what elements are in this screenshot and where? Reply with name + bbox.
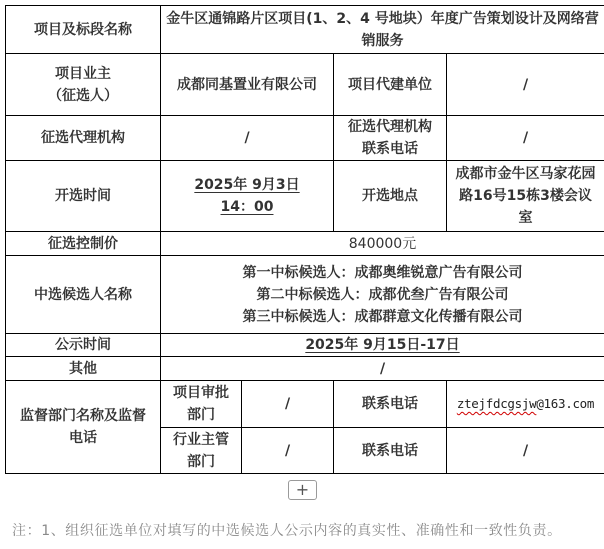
email-domain: @163.com: [536, 396, 594, 411]
row-owner: 项目业主 （征选人） 成都同基置业有限公司 项目代建单位 /: [6, 54, 604, 116]
candidates-label: 中选候选人名称: [6, 256, 161, 334]
supervision-label: 监督部门名称及监督电话: [6, 381, 161, 474]
project-name-label: 项目及标段名称: [6, 6, 161, 54]
industry-phone-label: 联系电话: [334, 428, 447, 474]
agency-phone-value: /: [447, 116, 604, 161]
publicity-date: 2025年 9月15日-17日: [305, 337, 459, 353]
approval-phone-value: ztejfdcgsjw@163.com: [447, 381, 604, 428]
agency-value: /: [161, 116, 334, 161]
row-candidates: 中选候选人名称 第一中标候选人：成都奥维锐意广告有限公司 第二中标候选人：成都优…: [6, 256, 604, 334]
other-value: /: [161, 357, 604, 381]
plus-icon: +: [296, 482, 309, 498]
row-publicity: 公示时间 2025年 9月15日-17日: [6, 334, 604, 357]
open-time-value: 2025年 9月3日 14：00: [161, 161, 334, 232]
approval-email[interactable]: ztejfdcgsjw@163.com: [457, 396, 594, 411]
owner-label: 项目业主 （征选人）: [6, 54, 161, 116]
agent-build-label: 项目代建单位: [334, 54, 447, 116]
control-price-label: 征选控制价: [6, 232, 161, 256]
approval-dept-label: 项目审批部门: [161, 381, 242, 428]
candidates-list: 第一中标候选人：成都奥维锐意广告有限公司 第二中标候选人：成都优叁广告有限公司 …: [161, 256, 604, 334]
agency-phone-label: 征选代理机构联系电话: [334, 116, 447, 161]
open-place-label: 开选地点: [334, 161, 447, 232]
publicity-label: 公示时间: [6, 334, 161, 357]
row-open: 开选时间 2025年 9月3日 14：00 开选地点 成都市金牛区马家花园路16…: [6, 161, 604, 232]
open-time-clock: 14：00: [221, 199, 274, 215]
approval-phone-label: 联系电话: [334, 381, 447, 428]
candidate-1: 第一中标候选人：成都奥维锐意广告有限公司: [164, 262, 601, 284]
agent-build-value: /: [447, 54, 604, 116]
approval-dept-value: /: [242, 381, 334, 428]
other-label: 其他: [6, 357, 161, 381]
agency-label: 征选代理机构: [6, 116, 161, 161]
row-project-name: 项目及标段名称 金牛区通锦路片区项目(1、2、4 号地块）年度广告策划设计及网络…: [6, 6, 604, 54]
publicity-table: 项目及标段名称 金牛区通锦路片区项目(1、2、4 号地块）年度广告策划设计及网络…: [5, 5, 604, 474]
control-price-value: 840000元: [161, 232, 604, 256]
industry-phone-value: /: [447, 428, 604, 474]
open-place-value: 成都市金牛区马家花园路16号15栋3楼会议室: [447, 161, 604, 232]
industry-dept-value: /: [242, 428, 334, 474]
open-time-date: 2025年 9月3日: [194, 177, 299, 193]
email-user: ztejfdcgsjw: [457, 396, 536, 411]
row-agency: 征选代理机构 / 征选代理机构联系电话 /: [6, 116, 604, 161]
row-other: 其他 /: [6, 357, 604, 381]
owner-label-line2: （征选人）: [9, 85, 157, 107]
project-name-value: 金牛区通锦路片区项目(1、2、4 号地块）年度广告策划设计及网络营销服务: [161, 6, 604, 54]
candidate-3: 第三中标候选人：成都群意文化传播有限公司: [164, 306, 601, 328]
open-time-label: 开选时间: [6, 161, 161, 232]
owner-label-line1: 项目业主: [9, 63, 157, 85]
owner-value: 成都同基置业有限公司: [161, 54, 334, 116]
publicity-value: 2025年 9月15日-17日: [161, 334, 604, 357]
industry-dept-label: 行业主管部门: [161, 428, 242, 474]
footnote: 注：1、组织征选单位对填写的中选候选人公示内容的真实性、准确性和一致性负责。: [12, 520, 562, 540]
row-supervision-approval: 监督部门名称及监督电话 项目审批部门 / 联系电话 ztejfdcgsjw@16…: [6, 381, 604, 428]
row-control-price: 征选控制价 840000元: [6, 232, 604, 256]
expand-button[interactable]: +: [288, 480, 317, 500]
candidate-2: 第二中标候选人：成都优叁广告有限公司: [164, 284, 601, 306]
